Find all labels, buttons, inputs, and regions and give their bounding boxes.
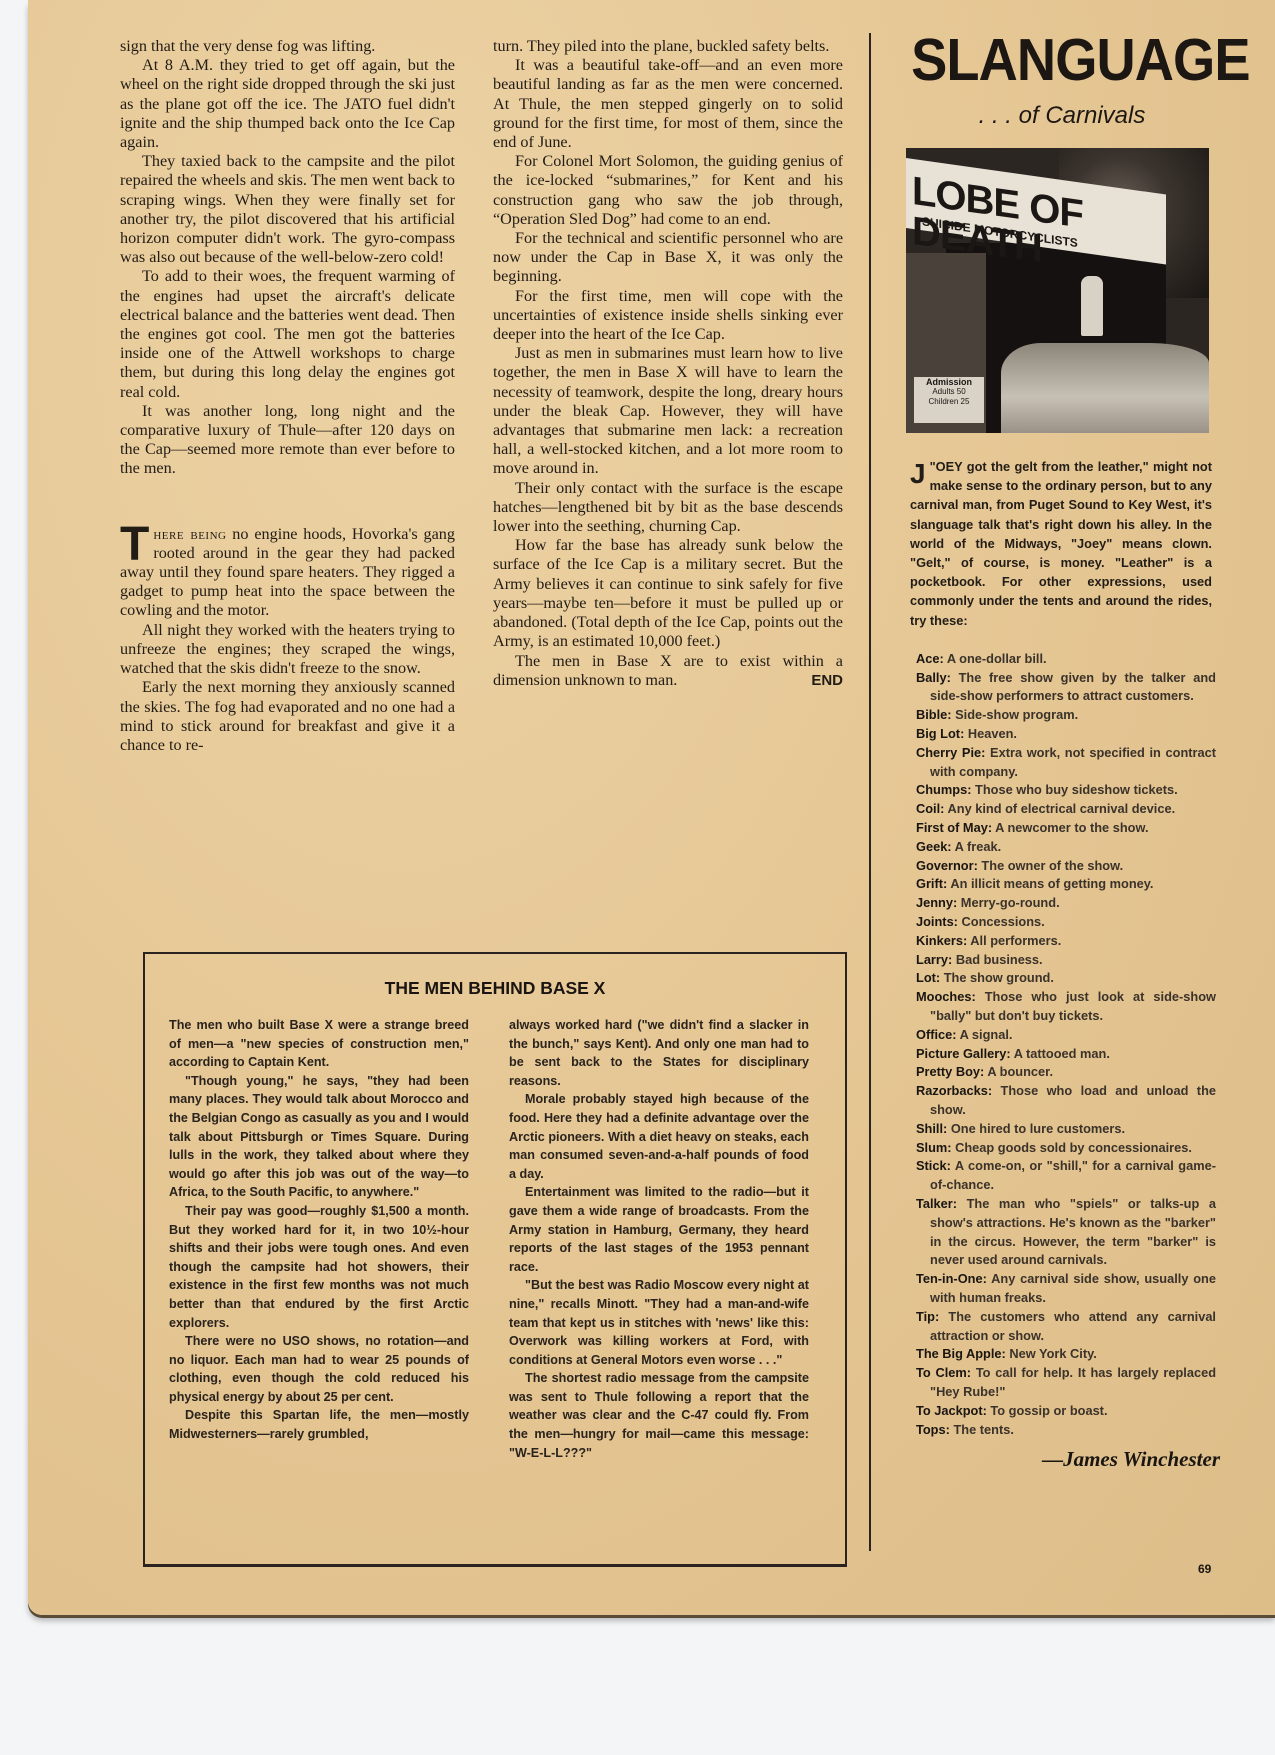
article-column-1-paragraphs: sign that the very dense fog was lifting… xyxy=(120,37,455,479)
glossary-term: Kinkers: xyxy=(916,933,967,948)
glossary-term: Mooches: xyxy=(916,989,976,1004)
glossary-term: Office: xyxy=(916,1027,957,1042)
glossary-definition: A signal. xyxy=(957,1027,1013,1042)
glossary-entry: Slum: Cheap goods sold by concessionaire… xyxy=(916,1139,1216,1158)
glossary-definition: A one-dollar bill. xyxy=(944,651,1047,666)
feature-box-column-2: always worked hard ("we didn't find a sl… xyxy=(509,1016,809,1462)
glossary-term: Ace: xyxy=(916,651,944,666)
article-paragraph: It was a beautiful take-off—and an even … xyxy=(493,56,843,152)
glossary-entry: To Clem: To call for help. It has largel… xyxy=(916,1364,1216,1402)
article-column-1: sign that the very dense fog was lifting… xyxy=(120,37,455,755)
glossary-entry: First of May: A newcomer to the show. xyxy=(916,819,1216,838)
article-paragraph: They taxied back to the campsite and the… xyxy=(120,152,455,267)
article-paragraph: turn. They piled into the plane, buckled… xyxy=(493,37,843,56)
feature-box: THE MEN BEHIND BASE X The men who built … xyxy=(143,952,847,1567)
glossary-definition: All performers. xyxy=(967,933,1061,948)
admission-adults: Adults 50 xyxy=(914,387,984,397)
glossary-entry: Ten-in-One: Any carnival side show, usua… xyxy=(916,1270,1216,1308)
glossary-term: Lot: xyxy=(916,970,940,985)
page-number: 69 xyxy=(1198,1562,1211,1576)
article-column-2: turn. They piled into the plane, buckled… xyxy=(493,37,843,690)
glossary-term: Tops: xyxy=(916,1422,950,1437)
glossary-definition: The customers who attend any carnival at… xyxy=(930,1309,1216,1343)
glossary-entry: Pretty Boy: A bouncer. xyxy=(916,1063,1216,1082)
feature-box-title: THE MEN BEHIND BASE X xyxy=(145,978,845,999)
article-paragraph: For the technical and scientific personn… xyxy=(493,229,843,287)
glossary-entry: Coil: Any kind of electrical carnival de… xyxy=(916,800,1216,819)
glossary-term: Jenny: xyxy=(916,895,957,910)
article-paragraph: Early the next morning they anxiously sc… xyxy=(120,678,455,755)
glossary-term: Stick: xyxy=(916,1158,951,1173)
glossary-entry: Talker: The man who "spiels" or talks-up… xyxy=(916,1195,1216,1270)
article-paragraph: For the first time, men will cope with t… xyxy=(493,287,843,345)
section-2-lead-paragraph: There being no engine hoods, Hovorka's g… xyxy=(120,525,455,621)
glossary-term: Governor: xyxy=(916,858,978,873)
glossary-entry: Geek: A freak. xyxy=(916,838,1216,857)
admission-sign: Admission Adults 50 Children 25 xyxy=(914,377,984,423)
glossary-term: Razorbacks: xyxy=(916,1083,992,1098)
glossary-term: Cherry Pie: xyxy=(916,745,985,760)
intro-text: OEY got the gelt from the leather," migh… xyxy=(910,459,1212,628)
glossary-term: Big Lot: xyxy=(916,726,964,741)
glossary-entry: To Jackpot: To gossip or boast. xyxy=(916,1402,1216,1421)
glossary-entry: Joints: Concessions. xyxy=(916,913,1216,932)
feature-paragraph: always worked hard ("we didn't find a sl… xyxy=(509,1016,809,1090)
glossary-definition: Side-show program. xyxy=(952,707,1079,722)
glossary-definition: Merry-go-round. xyxy=(957,895,1059,910)
glossary-term: Slum: xyxy=(916,1140,952,1155)
glossary-entry: Tip: The customers who attend any carniv… xyxy=(916,1308,1216,1346)
end-mark: END xyxy=(789,671,843,690)
glossary-definition: Heaven. xyxy=(964,726,1017,741)
glossary-term: Picture Gallery: xyxy=(916,1046,1011,1061)
glossary-term: Geek: xyxy=(916,839,952,854)
article-paragraph: For Colonel Mort Solomon, the guiding ge… xyxy=(493,152,843,229)
feature-paragraph: Entertainment was limited to the radio—b… xyxy=(509,1183,809,1276)
feature-paragraph: Morale probably stayed high because of t… xyxy=(509,1090,809,1183)
glossary-definition: The man who "spiels" or talks-up a show'… xyxy=(930,1196,1216,1267)
glossary-entry: Lot: The show ground. xyxy=(916,969,1216,988)
feature-paragraph: The men who built Base X were a strange … xyxy=(169,1016,469,1072)
glossary-definition: One hired to lure customers. xyxy=(947,1121,1125,1136)
glossary-entry: Picture Gallery: A tattooed man. xyxy=(916,1045,1216,1064)
glossary-definition: New York City. xyxy=(1006,1346,1097,1361)
slang-glossary: Ace: A one-dollar bill.Bally: The free s… xyxy=(898,650,1216,1439)
feature-paragraph: Their pay was good—roughly $1,500 a mont… xyxy=(169,1202,469,1332)
glossary-definition: A tattooed man. xyxy=(1011,1046,1110,1061)
glossary-definition: Concessions. xyxy=(958,914,1045,929)
photo-talker-figure xyxy=(1081,276,1103,336)
section-break xyxy=(120,479,455,525)
glossary-term: Ten-in-One: xyxy=(916,1271,987,1286)
article-column-2-paragraphs: turn. They piled into the plane, buckled… xyxy=(493,37,843,652)
feature-box-column-1: The men who built Base X were a strange … xyxy=(169,1016,469,1444)
glossary-definition: A come-on, or "shill," for a carnival ga… xyxy=(930,1158,1216,1192)
glossary-term: Tip: xyxy=(916,1309,939,1324)
glossary-definition: An illicit means of getting money. xyxy=(947,876,1153,891)
article-paragraph: All night they worked with the heaters t… xyxy=(120,621,455,679)
section-2-paragraphs: All night they worked with the heaters t… xyxy=(120,621,455,755)
glossary-definition: A newcomer to the show. xyxy=(992,820,1148,835)
byline: —James Winchester xyxy=(898,1447,1226,1472)
admission-sign-title: Admission xyxy=(914,377,984,387)
glossary-entry: The Big Apple: New York City. xyxy=(916,1345,1216,1364)
article-paragraph: At 8 A.M. they tried to get off again, b… xyxy=(120,56,455,152)
glossary-term: Chumps: xyxy=(916,782,971,797)
photo-crowd xyxy=(1001,343,1209,433)
glossary-definition: A bouncer. xyxy=(984,1064,1053,1079)
glossary-term: Grift: xyxy=(916,876,947,891)
glossary-term: To Clem: xyxy=(916,1365,971,1380)
article-paragraph: It was another long, long night and the … xyxy=(120,402,455,479)
sidebar-intro: "JOEY got the gelt from the leather," mi… xyxy=(898,457,1212,630)
glossary-term: The Big Apple: xyxy=(916,1346,1006,1361)
glossary-entry: Grift: An illicit means of getting money… xyxy=(916,875,1216,894)
carnival-photo: LOBE OF DEATH SUICIDE MOTORCYCLISTS Admi… xyxy=(906,148,1209,433)
slanguage-sidebar: SLANGUAGE . . . of Carnivals LOBE OF DEA… xyxy=(898,28,1226,1472)
feature-paragraph: "But the best was Radio Moscow every nig… xyxy=(509,1276,809,1369)
lead-in-smallcaps: here being xyxy=(153,525,226,543)
glossary-entry: Jenny: Merry-go-round. xyxy=(916,894,1216,913)
glossary-term: Shill: xyxy=(916,1121,947,1136)
glossary-definition: Those who buy sideshow tickets. xyxy=(971,782,1177,797)
glossary-term: First of May: xyxy=(916,820,992,835)
glossary-definition: Cheap goods sold by concessionaires. xyxy=(952,1140,1192,1155)
article-paragraph: sign that the very dense fog was lifting… xyxy=(120,37,455,56)
article-paragraph: Just as men in submarines must learn how… xyxy=(493,344,843,478)
feature-paragraph: There were no USO shows, no rotation—and… xyxy=(169,1332,469,1406)
feature-paragraph: The shortest radio message from the camp… xyxy=(509,1369,809,1462)
closing-paragraph: The men in Base X are to exist within a … xyxy=(493,652,843,690)
drop-cap: T xyxy=(120,527,149,563)
glossary-entry: Bible: Side-show program. xyxy=(916,706,1216,725)
glossary-entry: Shill: One hired to lure customers. xyxy=(916,1120,1216,1139)
glossary-term: To Jackpot: xyxy=(916,1403,987,1418)
intro-drop-cap: J xyxy=(910,461,926,487)
feature-paragraph: "Though young," he says, "they had been … xyxy=(169,1072,469,1202)
feature-paragraph: Despite this Spartan life, the men—mostl… xyxy=(169,1406,469,1443)
glossary-definition: To call for help. It has largely replace… xyxy=(930,1365,1216,1399)
article-paragraph: Their only contact with the surface is t… xyxy=(493,479,843,537)
glossary-definition: The free show given by the talker and si… xyxy=(930,670,1216,704)
glossary-entry: Governor: The owner of the show. xyxy=(916,857,1216,876)
glossary-entry: Bally: The free show given by the talker… xyxy=(916,669,1216,707)
glossary-definition: Any kind of electrical carnival device. xyxy=(944,801,1175,816)
glossary-entry: Mooches: Those who just look at side-sho… xyxy=(916,988,1216,1026)
glossary-entry: Tops: The tents. xyxy=(916,1421,1216,1440)
glossary-definition: The owner of the show. xyxy=(978,858,1123,873)
sidebar-subtitle: . . . of Carnivals xyxy=(898,100,1226,132)
glossary-entry: Cherry Pie: Extra work, not specified in… xyxy=(916,744,1216,782)
glossary-term: Coil: xyxy=(916,801,944,816)
glossary-term: Pretty Boy: xyxy=(916,1064,984,1079)
glossary-term: Larry: xyxy=(916,952,952,967)
glossary-definition: To gossip or boast. xyxy=(987,1403,1108,1418)
glossary-entry: Stick: A come-on, or "shill," for a carn… xyxy=(916,1157,1216,1195)
glossary-entry: Chumps: Those who buy sideshow tickets. xyxy=(916,781,1216,800)
glossary-entry: Office: A signal. xyxy=(916,1026,1216,1045)
article-paragraph: To add to their woes, the frequent warmi… xyxy=(120,267,455,401)
glossary-term: Bally: xyxy=(916,670,951,685)
column-divider xyxy=(869,33,871,1551)
glossary-definition: Bad business. xyxy=(952,952,1042,967)
sidebar-title: SLANGUAGE xyxy=(911,28,1213,92)
glossary-entry: Larry: Bad business. xyxy=(916,951,1216,970)
glossary-term: Talker: xyxy=(916,1196,957,1211)
glossary-entry: Razorbacks: Those who load and unload th… xyxy=(916,1082,1216,1120)
glossary-entry: Big Lot: Heaven. xyxy=(916,725,1216,744)
glossary-definition: A freak. xyxy=(952,839,1002,854)
glossary-term: Bible: xyxy=(916,707,952,722)
magazine-page: sign that the very dense fog was lifting… xyxy=(28,0,1275,1615)
article-paragraph: How far the base has already sunk below … xyxy=(493,536,843,651)
glossary-term: Joints: xyxy=(916,914,958,929)
glossary-definition: The show ground. xyxy=(940,970,1054,985)
glossary-entry: Ace: A one-dollar bill. xyxy=(916,650,1216,669)
glossary-entry: Kinkers: All performers. xyxy=(916,932,1216,951)
admission-children: Children 25 xyxy=(914,397,984,407)
glossary-definition: The tents. xyxy=(950,1422,1014,1437)
